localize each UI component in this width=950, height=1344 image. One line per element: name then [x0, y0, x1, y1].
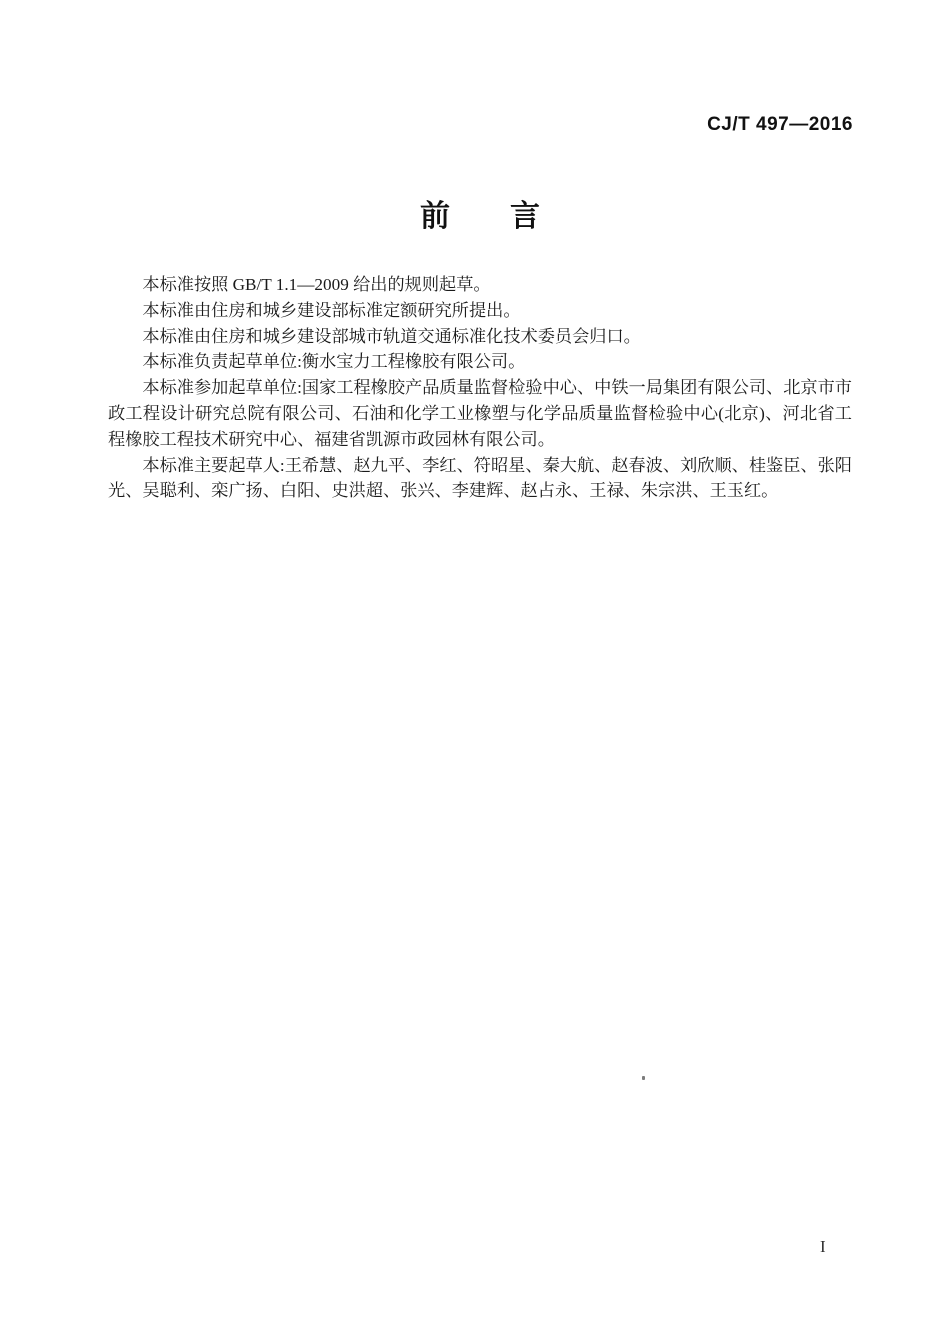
page-number: I — [820, 1237, 826, 1257]
paragraph-participating-drafting-orgs: 本标准参加起草单位:国家工程橡胶产品质量监督检验中心、中铁一局集团有限公司、北京… — [108, 375, 852, 452]
foreword-body: 本标准按照 GB/T 1.1—2009 给出的规则起草。 本标准由住房和城乡建设… — [108, 272, 852, 504]
standard-number: CJ/T 497—2016 — [707, 114, 853, 136]
foreword-title: 前 言 — [108, 191, 852, 235]
paragraph-proposed-by: 本标准由住房和城乡建设部标准定额研究所提出。 — [108, 298, 852, 324]
paragraph-responsible-drafting-org: 本标准负责起草单位:衡水宝力工程橡胶有限公司。 — [108, 349, 852, 375]
paragraph-main-drafters: 本标准主要起草人:王希慧、赵九平、李红、符昭星、秦大航、赵春波、刘欣顺、桂鉴臣、… — [108, 453, 852, 505]
scan-artifact-dot — [642, 1076, 645, 1080]
document-page: CJ/T 497—2016 前 言 本标准按照 GB/T 1.1—2009 给出… — [0, 0, 950, 1344]
paragraph-drafting-rules: 本标准按照 GB/T 1.1—2009 给出的规则起草。 — [108, 272, 852, 298]
paragraph-under-jurisdiction: 本标准由住房和城乡建设部城市轨道交通标准化技术委员会归口。 — [108, 324, 852, 350]
